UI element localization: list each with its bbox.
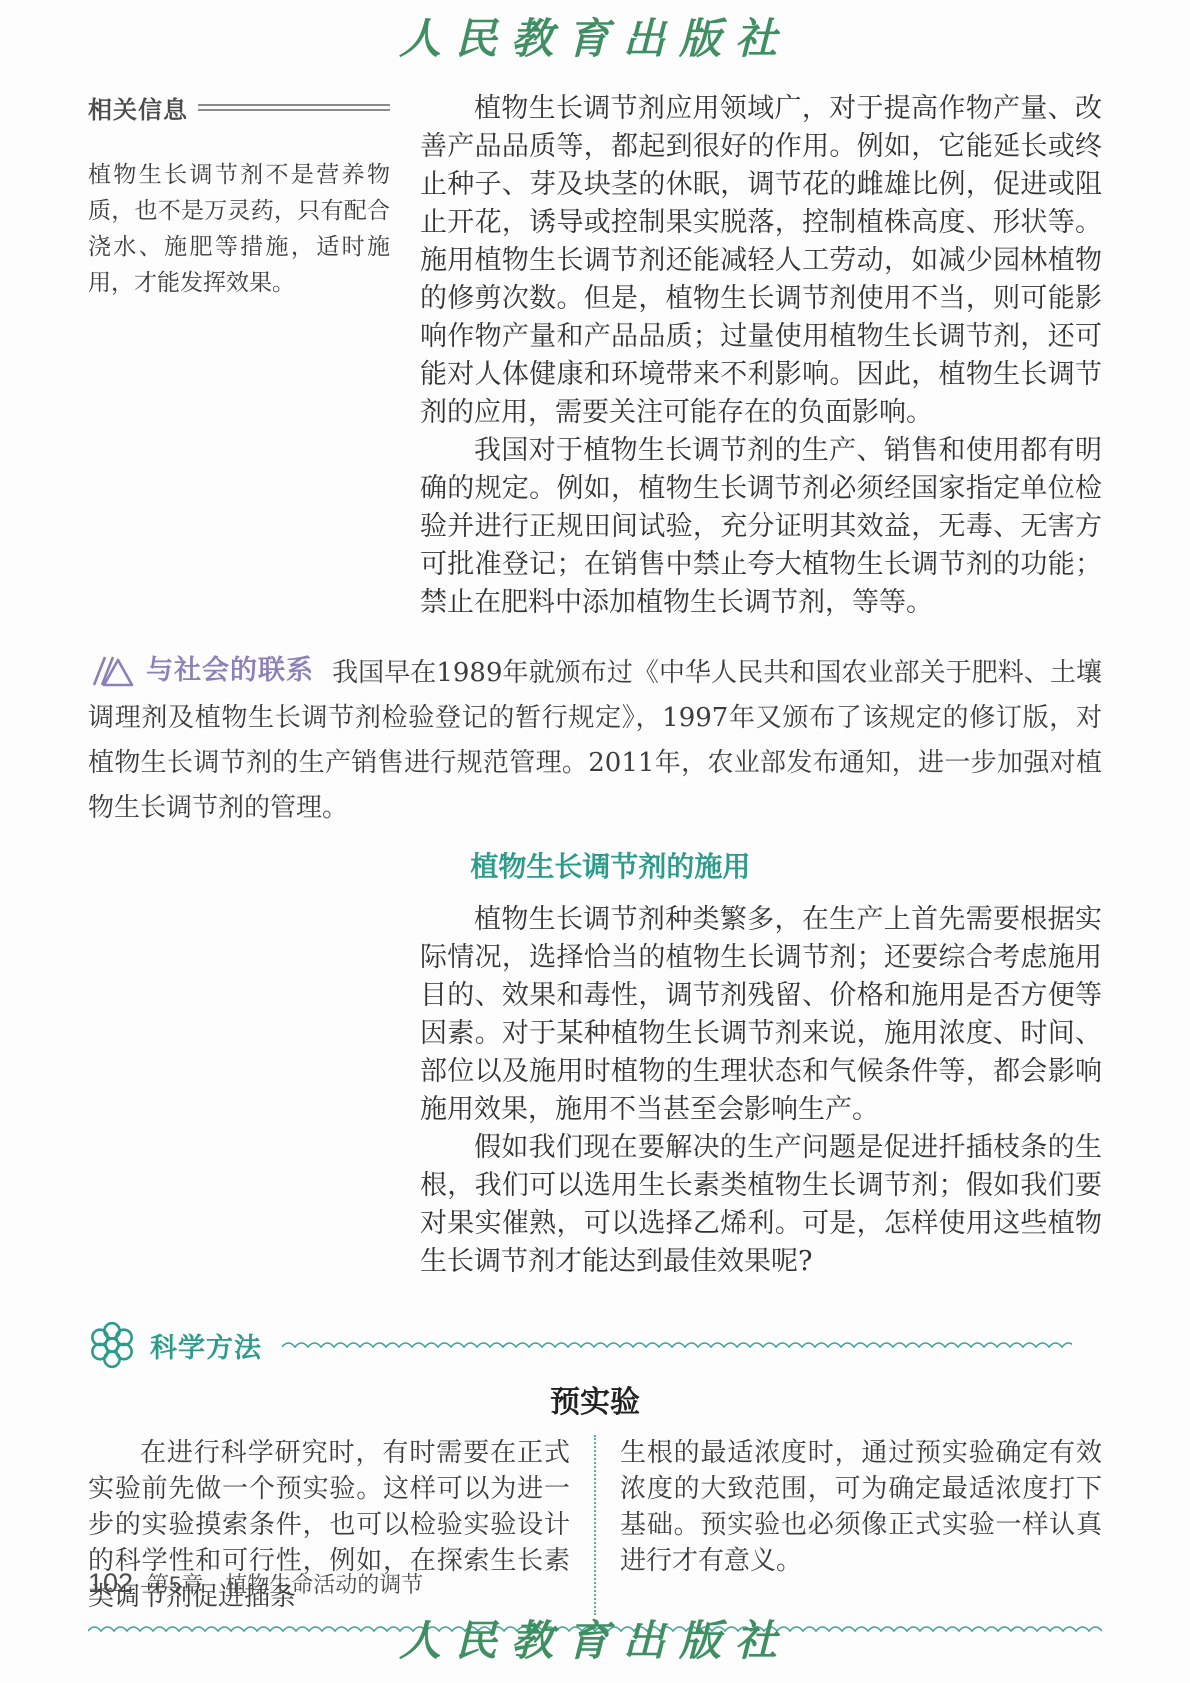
related-info-text: 植物生长调节剂不是营养物质，也不是万灵药，只有配合浇水、施肥等措施，适时施用，才… [88, 157, 390, 301]
science-method-label: 科学方法 [150, 1326, 262, 1365]
society-connection-label: 与社会的联系 [146, 648, 314, 693]
body-paragraph-1: 植物生长调节剂应用领域广，对于提高作物产量、改善产品品质等，都起到很好的作用。例… [420, 90, 1102, 432]
related-info-sidebar: 相关信息 植物生长调节剂不是营养物质，也不是万灵药，只有配合浇水、施肥等措施，适… [88, 90, 390, 622]
publisher-logo-top: 人民教育出版社 [88, 10, 1102, 68]
page-footer: 102 第5章 植物生命活动的调节 [88, 1568, 423, 1599]
pre-experiment-right-column: 生根的最适浓度时，通过预实验确定有效浓度的大致范围，可为确定最适浓度打下基础。预… [620, 1435, 1102, 1615]
dotted-column-divider [594, 1435, 596, 1615]
triple-slash-triangle-icon [88, 654, 134, 687]
main-text-column-2: 植物生长调节剂种类繁多，在生产上首先需要根据实际情况，选择恰当的植物生长调节剂；… [420, 901, 1102, 1281]
pre-experiment-title: 预实验 [88, 1385, 1102, 1421]
pre-experiment-right-text: 生根的最适浓度时，通过预实验确定有效浓度的大致范围，可为确定最适浓度打下基础。预… [620, 1435, 1102, 1579]
publisher-logo-bottom: 人民教育出版社 [0, 1612, 1190, 1670]
science-method-band: 科学方法 [88, 1321, 1102, 1369]
related-info-heading: 相关信息 [88, 90, 188, 125]
application-section-heading: 植物生长调节剂的施用 [420, 847, 1102, 887]
main-text-column: 植物生长调节剂应用领域广，对于提高作物产量、改善产品品质等，都起到很好的作用。例… [420, 90, 1102, 622]
upper-content-row: 相关信息 植物生长调节剂不是营养物质，也不是万灵药，只有配合浇水、施肥等措施，适… [88, 90, 1102, 622]
double-rule-divider [198, 104, 390, 111]
body-paragraph-2: 我国对于植物生长调节剂的生产、销售和使用都有明确的规定。例如，植物生长调节剂必须… [420, 432, 1102, 622]
related-info-header: 相关信息 [88, 90, 390, 125]
body-paragraph-4: 假如我们现在要解决的生产问题是促进扦插枝条的生根，我们可以选用生长素类植物生长调… [420, 1129, 1102, 1281]
chapter-title: 第5章 植物生命活动的调节 [147, 1568, 423, 1599]
society-connection-section: 与社会的联系 我国早在1989年就颁布过《中华人民共和国农业部关于肥料、土壤调理… [88, 648, 1102, 831]
textbook-page: 人民教育出版社 相关信息 植物生长调节剂不是营养物质，也不是万灵药，只有配合浇水… [0, 0, 1190, 1683]
page-number: 102 [88, 1568, 133, 1599]
body-paragraph-3: 植物生长调节剂种类繁多，在生产上首先需要根据实际情况，选择恰当的植物生长调节剂；… [420, 901, 1102, 1129]
society-connection-header: 与社会的联系 [88, 648, 314, 693]
wavy-divider [282, 1339, 1072, 1351]
molecule-flower-icon [88, 1321, 136, 1369]
